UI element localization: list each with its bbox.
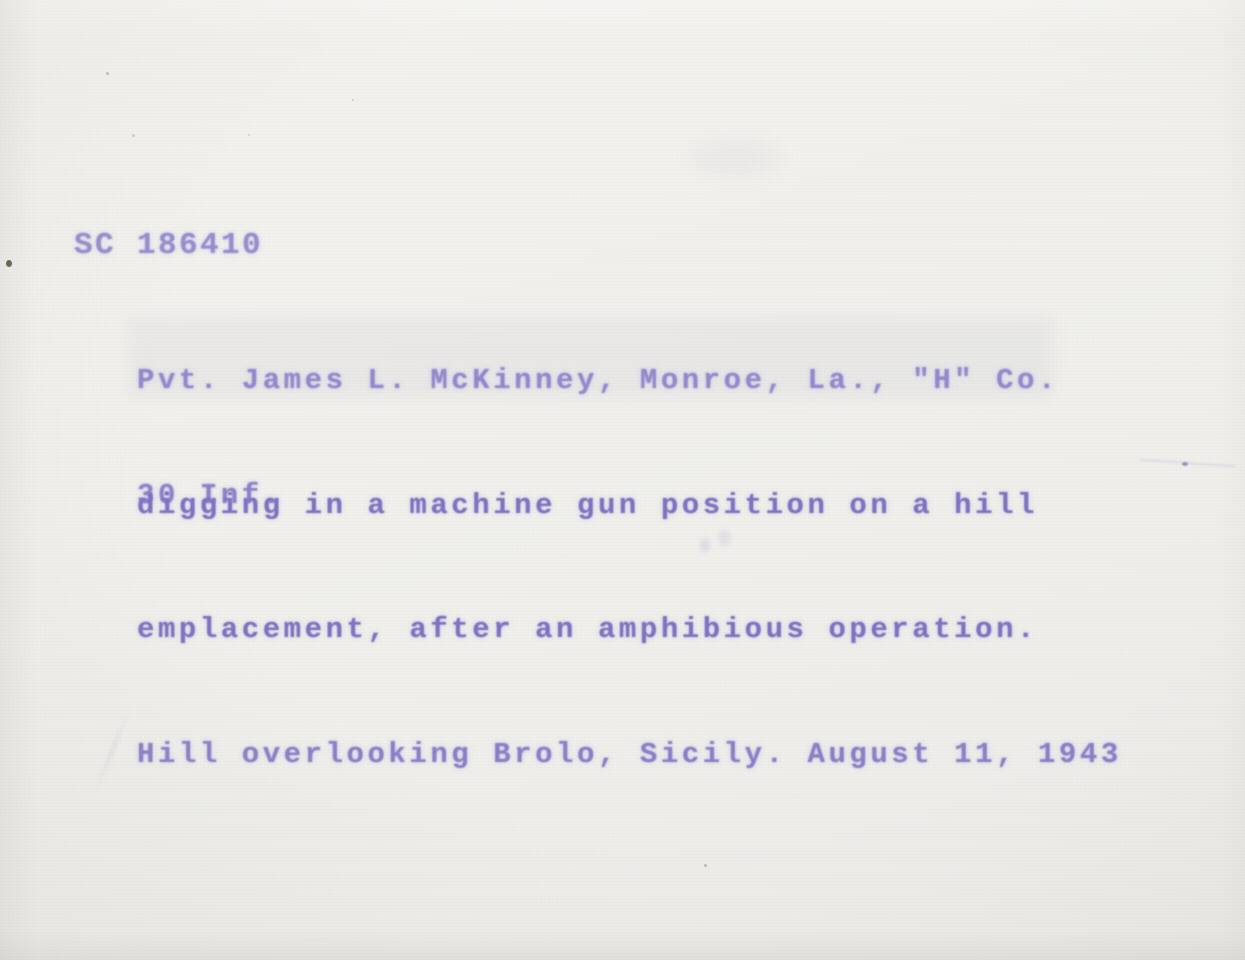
paper-speck xyxy=(6,260,12,267)
caption-line: Pvt. James L. McKinney, Monroe, La., "H"… xyxy=(137,360,1122,402)
ink-smudge xyxy=(700,538,710,552)
paper-speck xyxy=(352,99,354,101)
ink-fleck xyxy=(1182,462,1188,466)
unit-designation: 30 Inf. xyxy=(137,479,284,512)
caption-line: emplacement, after an amphibious operati… xyxy=(137,609,1122,651)
paper-speck xyxy=(106,72,109,75)
paper-smudge xyxy=(690,140,780,174)
ink-smudge xyxy=(718,530,731,546)
photo-id-number: SC 186410 xyxy=(74,228,263,263)
paper-texture xyxy=(0,0,1245,960)
photo-back-scan: SC 186410 Pvt. James L. McKinney, Monroe… xyxy=(0,0,1245,960)
paper-speck xyxy=(704,864,707,867)
ink-trail-mark xyxy=(1140,459,1235,468)
caption-line: digging in a machine gun position on a h… xyxy=(137,485,1122,527)
paper-speck xyxy=(248,134,250,136)
paper-crease-bottom xyxy=(95,707,131,790)
paper-crease-top xyxy=(455,0,582,5)
caption-line: Hill overlooking Brolo, Sicily. August 1… xyxy=(137,734,1122,776)
ink-pressure-band xyxy=(128,318,1053,398)
paper-vignette xyxy=(0,0,1245,960)
paper-speck xyxy=(132,134,135,137)
photo-caption: Pvt. James L. McKinney, Monroe, La., "H"… xyxy=(137,277,1122,858)
